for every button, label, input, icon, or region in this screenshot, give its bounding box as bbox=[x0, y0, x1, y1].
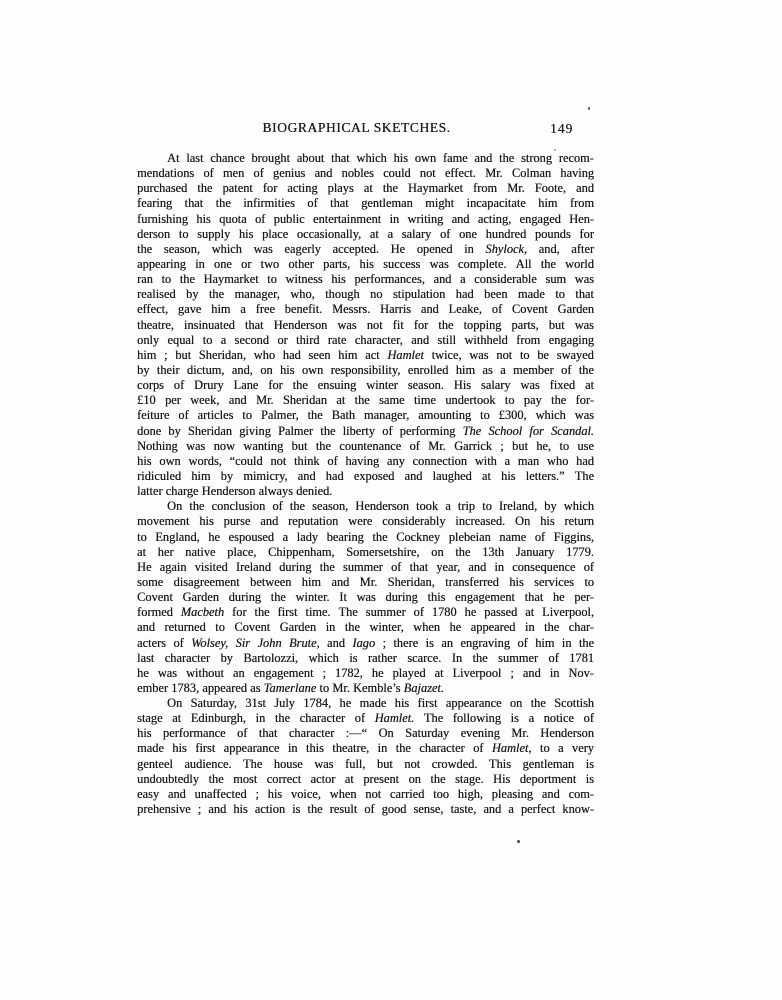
text-line: OnSaturday,31stJuly1784,hemadehisfirstap… bbox=[137, 696, 594, 711]
text-line: onlyequaltoasecondorthirdratecharacter,a… bbox=[137, 333, 594, 348]
text-line: stageatEdinburgh,inthecharacterofHamlet.… bbox=[137, 711, 594, 726]
scan-speck bbox=[554, 149, 556, 151]
text-line: rantotheHaymarkettowitnesshisperformance… bbox=[137, 272, 594, 287]
text-line: Ontheconclusionoftheseason,Hendersontook… bbox=[137, 499, 594, 514]
text-line: donebySheridangivingPalmerthelibertyofpe… bbox=[137, 424, 594, 439]
page-number: 149 bbox=[550, 121, 573, 136]
scan-speck bbox=[588, 107, 590, 110]
paragraph: Atlastchancebroughtaboutthatwhichhisownf… bbox=[137, 151, 594, 499]
text-line: theatre,insinuatedthatHendersonwasnotfit… bbox=[137, 318, 594, 333]
text-line: purchasedthepatentforactingplaysattheHay… bbox=[137, 181, 594, 196]
text-line: appearinginoneortwootherparts,hissuccess… bbox=[137, 257, 594, 272]
text-line: lastcharacterbyBartolozzi,whichisrathers… bbox=[137, 651, 594, 666]
text-line: latterchargeHendersonalwaysdenied. bbox=[137, 484, 594, 499]
text-line: HeagainvisitedIrelandduringthesummerofth… bbox=[137, 560, 594, 575]
text-line: hewaswithoutanengagement;1782,heplayedat… bbox=[137, 666, 594, 681]
text-line: fearingthattheinfirmitiesofthatgentleman… bbox=[137, 196, 594, 211]
text-line: undoubtedlythemostcorrectactoratpresento… bbox=[137, 772, 594, 787]
text-line: ember1783,appearedasTamerlanetoMr.Kemble… bbox=[137, 681, 594, 696]
text-line: NothingwasnowwantingbutthecountenanceofM… bbox=[137, 439, 594, 454]
page-body: Atlastchancebroughtaboutthatwhichhisownf… bbox=[137, 151, 594, 817]
text-line: somedisagreementbetweenhimandMr.Sheridan… bbox=[137, 575, 594, 590]
text-line: corpsofDruryLanefortheensuingwinterseaso… bbox=[137, 378, 594, 393]
text-line: prehensive;andhisactionistheresultofgood… bbox=[137, 802, 594, 817]
text-line: toEngland,heespousedaladybearingtheCockn… bbox=[137, 530, 594, 545]
text-line: CoventGardenduringthewinter.Itwasduringt… bbox=[137, 590, 594, 605]
text-line: feitureofarticlestoPalmer,theBathmanager… bbox=[137, 408, 594, 423]
text-line: hisownwords,“couldnotthinkofhavinganycon… bbox=[137, 454, 594, 469]
text-line: movementhispurseandreputationwereconside… bbox=[137, 514, 594, 529]
text-line: athernativeplace,Chippenham,Somersetshir… bbox=[137, 545, 594, 560]
text-line: effect,gavehimafreebenefit.Messrs.Harris… bbox=[137, 302, 594, 317]
text-line: genteelaudience.Thehousewasfull,butnotcr… bbox=[137, 757, 594, 772]
text-line: ridiculedhimbymimicry,andhadexposedandla… bbox=[137, 469, 594, 484]
page-header-title: BIOGRAPHICAL SKETCHES. bbox=[128, 120, 585, 136]
text-line: mendationsofmenofgeniusandnoblescouldnot… bbox=[137, 166, 594, 181]
text-line: bytheirdictum,and,onhisownresponsibility… bbox=[137, 363, 594, 378]
text-line: hisperformanceofthatcharacter:—“OnSaturd… bbox=[137, 726, 594, 741]
scan-speck bbox=[517, 840, 520, 843]
paragraph: Ontheconclusionoftheseason,Hendersontook… bbox=[137, 499, 594, 696]
paragraph: OnSaturday,31stJuly1784,hemadehisfirstap… bbox=[137, 696, 594, 817]
text-line: easyandunaffected;hisvoice,whennotcarrie… bbox=[137, 787, 594, 802]
text-line: theseason,whichwaseagerlyaccepted.Heopen… bbox=[137, 242, 594, 257]
text-line: Atlastchancebroughtaboutthatwhichhisownf… bbox=[137, 151, 594, 166]
text-line: him;butSheridan,whohadseenhimactHamlettw… bbox=[137, 348, 594, 363]
text-line: realisedbythemanager,who,thoughnostipula… bbox=[137, 287, 594, 302]
text-line: formedMacbethforthefirsttime.Thesummerof… bbox=[137, 605, 594, 620]
text-line: madehisfirstappearanceinthistheatre,inth… bbox=[137, 741, 594, 756]
text-line: furnishinghisquotaofpublicentertainmenti… bbox=[137, 212, 594, 227]
text-line: dersontosupplyhisplaceoccasionally,atasa… bbox=[137, 227, 594, 242]
text-line: £10perweek,andMr.Sheridanatthesametimeun… bbox=[137, 393, 594, 408]
text-line: actersofWolsey,SirJohnBrute,andIago;ther… bbox=[137, 636, 594, 651]
text-line: andreturnedtoCoventGardeninthewinter,whe… bbox=[137, 620, 594, 635]
